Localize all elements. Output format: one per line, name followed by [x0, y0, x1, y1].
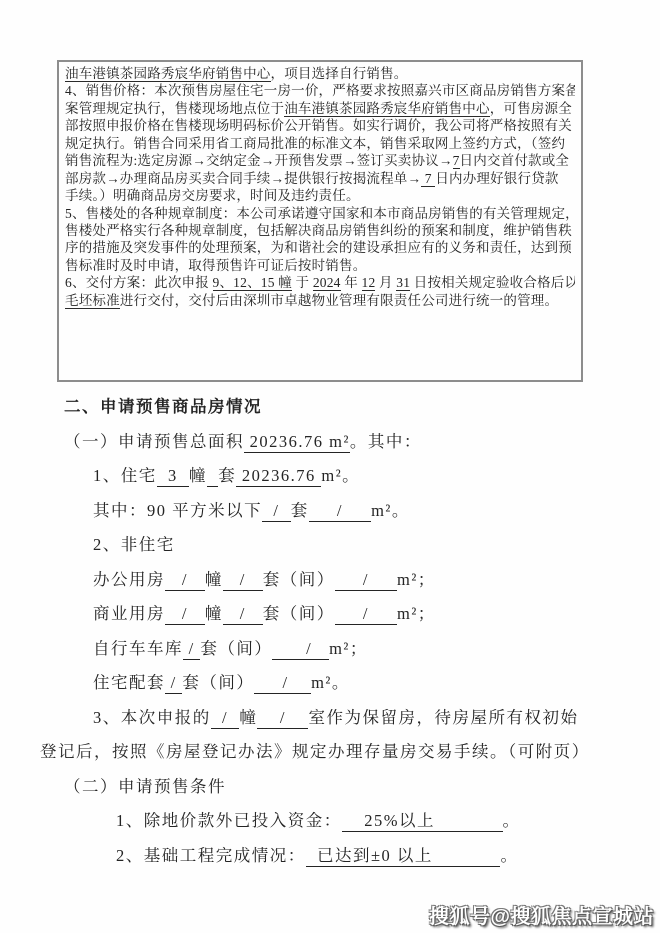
filled-blank [207, 466, 218, 487]
text-run: ，项目选择自行销售。 [271, 66, 408, 81]
filled-blank: 9、12、15 幢 [213, 275, 292, 291]
text-run: m²。 [311, 673, 350, 692]
text-run: 其中：90 平方米以下 [93, 501, 262, 520]
clause-4-sales-flow-line-1: 销售流程为:选定房源→交纳定金→开预售发票→签订买卖协议→7日内交首付款或全 [65, 152, 575, 169]
filled-blank: / [335, 570, 397, 591]
text-run: 幢 [205, 604, 223, 623]
text-run: 2、基础工程完成情况： [116, 846, 306, 865]
text-run: 进行交付，交付后由深圳市卓越物业管理有限责任公司进行统一的管理。 [120, 293, 558, 308]
filled-blank: 2024 [313, 275, 341, 291]
text-run: 1、住宅 [93, 466, 157, 485]
filled-blank: 已达到±0 以上 [306, 846, 501, 867]
sales-center-continuation-line: 油车港镇茶园路秀宸华府销售中心，项目选择自行销售。 [65, 65, 575, 82]
filled-blank: 31 [396, 275, 410, 291]
filled-blank: 25%以上 [342, 811, 503, 832]
residential-support-line: 住宅配套 / 套（间） / m²。 [40, 666, 620, 701]
text-run: 月 [375, 275, 396, 290]
filled-blank: / [262, 501, 291, 522]
filled-blank: 7 [421, 171, 435, 187]
filled-blank: / [257, 708, 308, 729]
document-page: 油车港镇茶园路秀宸华府销售中心，项目选择自行销售。4、销售价格：本次预售房屋住宅… [0, 0, 660, 933]
reserved-rooms-line-2: 登记后，按照《房屋登记办法》规定办理存量房交易手续。（可附页） [40, 735, 620, 770]
text-run: 。 [500, 846, 518, 865]
watermark: 搜狐号@搜狐焦点宣城站 [429, 900, 654, 929]
text-run: 6、交付方案：此次申报 [65, 275, 213, 290]
text-run: 年 [341, 275, 362, 290]
filled-blank: / [165, 673, 182, 694]
clause-6-line-2: 毛坯标准进行交付，交付后由深圳市卓越物业管理有限责任公司进行统一的管理。 [65, 292, 575, 309]
text-run: 办公用房 [93, 570, 165, 589]
filled-blank: / [183, 639, 200, 660]
text-run: 登记后，按照《房屋登记办法》规定办理存量房交易手续。（可附页） [40, 742, 590, 761]
invested-funds-line: 1、除地价款外已投入资金： 25%以上 。 [40, 804, 620, 839]
total-presale-area-line: （一）申请预售总面积 20236.76 m²。其中： [40, 425, 620, 460]
text-run: 销售流程为:选定房源→交纳定金→开预售发票→签订买卖协议→ [65, 153, 453, 168]
text-run: m²； [397, 570, 436, 589]
filled-blank: / [211, 708, 240, 729]
text-run: 幢 [205, 570, 223, 589]
text-run: 住宅配套 [93, 673, 165, 692]
text-run: 案管理规定执行，售楼现场地点位于 [65, 101, 284, 116]
clause-4-line-3: 部按照申报价格在售楼现场明码标价公开销售。如实行调价，我公司将严格按照有关 [65, 117, 575, 134]
clause-5-line-4: 售标准时及时申请，取得预售许可证后按时销售。 [65, 257, 575, 274]
text-run: m²。 [321, 466, 360, 485]
text-run: 套（间） [182, 673, 254, 692]
filled-blank: / [223, 570, 263, 591]
filled-blank: 油车港镇茶园路秀宸华府销售中心 [284, 101, 490, 117]
text-run: m²。 [371, 501, 410, 520]
text-run: 售楼处严格实行各种规章制度，包括解决商品房销售纠纷的预案和制度，维护销售秩 [65, 223, 572, 238]
text-run: 部按照申报价格在售楼现场明码标价公开销售。如实行调价，我公司将严格按照有关 [65, 118, 572, 133]
text-run: ，可售房源全 [490, 101, 572, 116]
clause-5-line-2: 售楼处严格实行各种规章制度，包括解决商品房销售纠纷的预案和制度，维护销售秩 [65, 222, 575, 239]
filled-blank: 20236.76 [236, 466, 321, 487]
text-run: m²； [329, 639, 368, 658]
text-run: 序的措施及突发事件的处理预案，为和谐社会的建设承担应有的义务和责任，达到预 [65, 240, 572, 255]
text-run: 3、本次申报的 [93, 708, 211, 727]
text-run: 。其中： [350, 432, 422, 451]
filled-blank: / [223, 604, 263, 625]
presale-conditions-heading: （二）申请预售条件 [40, 770, 620, 805]
text-run: 自行车车库 [93, 639, 183, 658]
text-run: 日内办理好银行贷款 [435, 171, 558, 186]
text-run: 1、除地价款外已投入资金： [116, 811, 342, 830]
filled-blank: / [309, 501, 371, 522]
clause-5-rules: 5、售楼处的各种规章制度：本公司承诺遵守国家和本市商品房销售的有关管理规定， [65, 205, 575, 222]
text-run: 套（间） [263, 570, 335, 589]
text-run: 规定执行。销售合同采用省工商局批准的标准文本，销售采取网上签约方式，（签约 [65, 136, 565, 151]
filled-blank: / [165, 604, 205, 625]
commercial-line: 商业用房 / 幢 / 套（间） / m²； [40, 597, 620, 632]
text-run: 2、非住宅 [93, 535, 175, 554]
text-run: 日按相关规定验收合格后以 [410, 275, 575, 290]
office-line: 办公用房 / 幢 / 套（间） / m²； [40, 563, 620, 598]
text-run: 5、售楼处的各种规章制度：本公司承诺遵守国家和本市商品房销售的有关管理规定， [65, 206, 575, 221]
clause-4-line-7: 手续。）明确商品房交房要求，时间及违约责任。 [65, 187, 575, 204]
text-run: （一）申请预售总面积 [64, 432, 244, 451]
presale-application-section: 二、申请预售商品房情况（一）申请预售总面积 20236.76 m²。其中：1、住… [40, 390, 620, 873]
filled-blank: / [335, 604, 397, 625]
reserved-rooms-line: 3、本次申报的 / 幢 / 室作为保留房，待房屋所有权初始 [40, 701, 620, 736]
clause-4-line-4: 规定执行。销售合同采用省工商局批准的标准文本，销售采取网上签约方式，（签约 [65, 135, 575, 152]
text-run: 幢 [239, 708, 257, 727]
text-run: 售标准时及时申请，取得预售许可证后按时销售。 [65, 258, 366, 273]
filled-blank: 7 [453, 153, 460, 169]
text-run: 套 [218, 466, 236, 485]
clause-4-line-2: 案管理规定执行，售楼现场地点位于油车港镇茶园路秀宸华府销售中心，可售房源全 [65, 100, 575, 117]
filled-blank: 20236.76 m² [244, 432, 350, 453]
clause-4-sales-flow-line-2: 部房款→办理商品房买卖合同手续→提供银行按揭流程单→ 7 日内办理好银行贷款 [65, 170, 575, 187]
text-run: 套（间） [263, 604, 335, 623]
text-run: 套（间） [200, 639, 272, 658]
text-run: m²； [397, 604, 436, 623]
clause-6-delivery-plan: 6、交付方案：此次申报 9、12、15 幢 于 2024 年 12 月 31 日… [65, 274, 575, 291]
non-residential-heading: 2、非住宅 [40, 528, 620, 563]
bicycle-garage-line: 自行车车库 / 套（间） / m²； [40, 632, 620, 667]
notice-box: 油车港镇茶园路秀宸华府销售中心，项目选择自行销售。4、销售价格：本次预售房屋住宅… [57, 60, 583, 382]
text-run: 室作为保留房，待房屋所有权初始 [308, 708, 578, 727]
text-run: （二）申请预售条件 [64, 777, 226, 796]
filled-blank: 3 [157, 466, 189, 487]
text-run: 日内交首付款或全 [460, 153, 570, 168]
text-run: 二、申请预售商品房情况 [64, 397, 262, 416]
text-run: 套 [291, 501, 309, 520]
residential-line: 1、住宅 3 幢 套 20236.76 m²。 [40, 459, 620, 494]
text-run: 商业用房 [93, 604, 165, 623]
under-90sqm-line: 其中：90 平方米以下 / 套 / m²。 [40, 494, 620, 529]
text-run: 幢 [189, 466, 207, 485]
text-run: 4、销售价格：本次预售房屋住宅一房一价，严格要求按照嘉兴市区商品房销售方案备 [65, 83, 575, 98]
foundation-progress-line: 2、基础工程完成情况： 已达到±0 以上 。 [40, 839, 620, 874]
clause-4-sales-price: 4、销售价格：本次预售房屋住宅一房一价，严格要求按照嘉兴市区商品房销售方案备 [65, 82, 575, 99]
text-run: 。 [503, 811, 521, 830]
filled-blank: / [254, 673, 311, 694]
filled-blank: / [272, 639, 329, 660]
text-run: 于 [292, 275, 313, 290]
filled-blank: / [165, 570, 205, 591]
filled-blank: 毛坯标准 [65, 293, 120, 309]
clause-5-line-3: 序的措施及突发事件的处理预案，为和谐社会的建设承担应有的义务和责任，达到预 [65, 239, 575, 256]
text-run: 部房款→办理商品房买卖合同手续→提供银行按揭流程单→ [65, 171, 421, 186]
filled-blank: 油车港镇茶园路秀宸华府销售中心 [65, 66, 271, 82]
filled-blank: 12 [362, 275, 376, 291]
section-heading: 二、申请预售商品房情况 [40, 390, 620, 425]
text-run: 手续。）明确商品房交房要求，时间及违约责任。 [65, 188, 360, 203]
